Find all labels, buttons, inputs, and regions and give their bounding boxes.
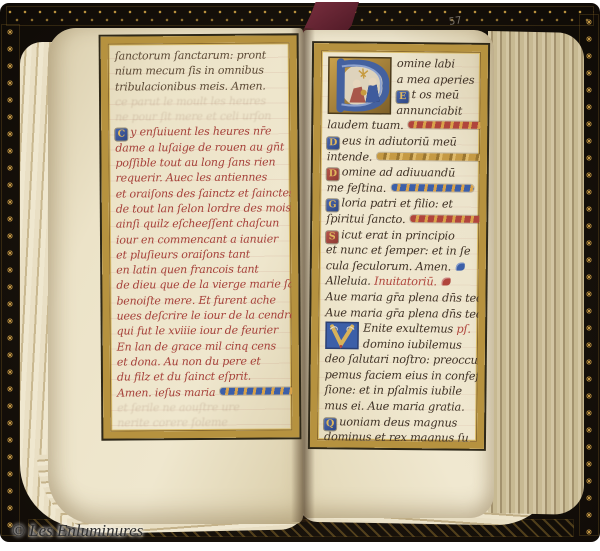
text-line: et oraiſons des ſainctz et ſainctes	[116, 185, 284, 201]
text-line: en latin quen francois tant	[116, 262, 284, 278]
left-page-text: ſanctorum ſanctarum: prontnium mecum ſis…	[108, 42, 293, 431]
text-line: uees deſcrire le iour de la cendre	[116, 307, 284, 323]
line-filler	[409, 121, 481, 129]
line-text: poſſible tout au long ſans rien	[115, 156, 275, 170]
text-line: benoiſte mere. Et furent ache	[116, 292, 284, 308]
text-line: ce parut le moult les heures	[115, 93, 283, 109]
text-line: Aue maria gr̄a plena dn̄s tecū.	[325, 289, 471, 306]
line-text: du filz et du ſainct eſprit.	[117, 370, 251, 384]
line-text: et dona. Au non du pere et	[117, 355, 261, 369]
line-text: me feſtina.	[327, 181, 387, 195]
line-text: eus in adiutoriū meū	[342, 134, 457, 148]
line-text: de tout lan ſelon lordre des mois	[116, 201, 291, 215]
text-line: qui fut le xviiie iour de feurier	[117, 323, 285, 339]
line-text: dominus et rex magnus ſu	[324, 430, 469, 441]
versal-initial: C	[115, 129, 127, 141]
versal-initial: G	[326, 200, 338, 212]
text-line: Gloria patri et filio: et	[326, 196, 472, 213]
line-text: mus ei. Aue maria gratia.	[324, 399, 464, 413]
line-text: omine ad adiuuandū	[342, 166, 455, 180]
line-text: tribulacionibus meis. Amen.	[115, 79, 266, 93]
text-line: En lan de grace mil cinq cens	[117, 338, 285, 354]
text-line: ſanctorum ſanctarum: pront	[115, 47, 283, 63]
text-line: Quoniam deus magnus	[324, 414, 470, 431]
text-line: ſione: et in pſalmis iubile	[324, 383, 470, 400]
manuscript-photograph: ſanctorum ſanctarum: prontnium mecum ſis…	[0, 0, 600, 551]
line-text: nium mecum ſis in omnibus	[115, 64, 264, 78]
watermark-text: © Les Enluminures	[12, 521, 143, 541]
paraph-mark	[456, 262, 465, 270]
folio-number: 57	[448, 15, 462, 28]
rubric-text: pſ.	[453, 323, 471, 336]
text-line: et nunc et ſemper: et in ſe	[326, 242, 472, 259]
line-text: Alleluia.	[326, 275, 375, 289]
text-line: et ſerile ne aouſtre ure	[117, 399, 285, 415]
text-line: Domine ad adiuuandū	[327, 164, 473, 181]
text-line: iour en commencant a ianuier	[116, 231, 284, 247]
line-text: et nunc et ſemper: et in ſe	[326, 243, 471, 258]
line-text: annunciabit	[396, 104, 462, 118]
right-text-frame: omine labia mea aperiesEt os meūannuncia…	[310, 43, 488, 449]
fore-edge-right	[488, 31, 584, 515]
line-text: loria patri et filio: et	[341, 197, 452, 211]
line-text: omine labi	[397, 57, 455, 71]
text-line: laudem tuam.	[327, 118, 473, 135]
line-text: nerite corere ſoleme	[117, 416, 227, 430]
text-line: Enite exultemus pſ.	[325, 320, 471, 337]
line-filler	[410, 215, 481, 223]
line-text: y enſuiuent les heures nr̄e	[130, 125, 271, 139]
text-line: pemus faciem eius in confeſ	[325, 367, 471, 384]
text-line: dominus et rex magnus ſu	[324, 429, 470, 441]
line-text: ſanctorum ſanctarum: pront	[115, 49, 266, 63]
gold-tooling-left	[1, 24, 20, 536]
line-text: et oraiſons des ſainctz et ſainctes	[116, 186, 293, 200]
text-line: nerite corere ſoleme	[117, 415, 285, 431]
text-line: et dona. Au non du pere et	[117, 353, 285, 369]
text-line: Sicut erat in principio	[326, 227, 472, 244]
text-line: cula ſeculorum. Amen.	[326, 258, 472, 275]
gold-tooling-top	[6, 6, 594, 26]
text-line: de dieu que de la vierge marie ſa	[116, 277, 284, 293]
line-text: deo ſalutari noſtro: preoccu	[325, 353, 478, 368]
line-text: En lan de grace mil cinq cens	[117, 339, 276, 353]
line-text: uoniam deus magnus	[339, 415, 457, 429]
text-line: nium mecum ſis in omnibus	[115, 63, 283, 79]
text-line: deo ſalutari noſtro: preoccu	[325, 352, 471, 369]
line-text: dame a luſaige de rouen au gn̄t	[115, 140, 284, 154]
line-text: et pluſieurs oraiſons tant	[116, 248, 250, 262]
line-filler	[220, 387, 292, 395]
line-text: icut erat in principio	[341, 228, 455, 242]
text-line: omine labi	[328, 55, 474, 72]
line-text: iour en commencant a ianuier	[116, 232, 278, 246]
versal-initial: D	[327, 168, 339, 180]
line-text: ſione: et in pſalmis iubile	[324, 384, 461, 398]
line-text: Amen. ieſus maria	[117, 385, 215, 399]
illuminated-initial-d-annunciation	[327, 56, 392, 115]
text-line: ainſi quilz eſcheeſſent chaſcun	[116, 216, 284, 232]
line-text: Enite exultemus	[363, 322, 453, 336]
paraph-mark	[442, 278, 451, 286]
line-text: et ſerile ne aouſtre ure	[117, 401, 240, 415]
line-text: domino iubilemus	[363, 337, 462, 351]
left-text-frame: ſanctorum ſanctarum: prontnium mecum ſis…	[101, 35, 300, 438]
line-text: de dieu que de la vierge marie ſa	[116, 278, 292, 292]
text-line: Cy enſuiuent les heures nr̄e	[115, 124, 283, 140]
line-text: en latin quen francois tant	[116, 263, 258, 277]
versal-initial: E	[396, 91, 408, 103]
text-line: Alleluia. Inuitatoriū.	[326, 274, 472, 291]
text-line: intende.	[327, 149, 473, 166]
line-filler	[377, 152, 481, 160]
line-text: ſpiritui ſancto.	[326, 212, 405, 226]
text-line: dame a luſaige de rouen au gn̄t	[115, 139, 283, 155]
line-text: ainſi quilz eſcheeſſent chaſcun	[116, 217, 279, 231]
text-line: Aue maria gr̄a plena dn̄s tecū.	[325, 305, 471, 322]
line-text: laudem tuam.	[327, 119, 403, 133]
line-text: uees deſcrire le iour de la cendre	[117, 308, 293, 322]
text-line: me feſtina.	[327, 180, 473, 197]
line-text: Aue maria gr̄a plena dn̄s tecū.	[325, 306, 481, 321]
line-text: cula ſeculorum. Amen.	[326, 259, 451, 273]
text-line: Deus in adiutoriū meū	[327, 133, 473, 150]
line-filler	[391, 184, 473, 192]
text-line: ne pour ſit mere et celi urſon	[115, 109, 283, 125]
versal-initial: Q	[324, 418, 336, 430]
line-text: intende.	[327, 150, 372, 163]
line-text: ce parut le moult les heures	[115, 94, 266, 108]
line-text: requerir. Auec les antiennes	[116, 171, 267, 185]
line-text: t os meū	[412, 88, 460, 101]
line-text: a mea aperies	[397, 73, 475, 87]
versal-initial: S	[326, 231, 338, 243]
right-page-text: omine labia mea aperiesEt os meūannuncia…	[317, 50, 481, 442]
text-line: Amen. ieſus maria	[117, 384, 285, 400]
line-text: qui fut le xviiie iour de feurier	[117, 324, 278, 338]
line-text: Aue maria gr̄a plena dn̄s tecū.	[325, 290, 481, 305]
text-line: du filz et du ſainct eſprit.	[117, 369, 285, 385]
text-line: ſpiritui ſancto.	[326, 211, 472, 228]
text-line: poſſible tout au long ſans rien	[115, 154, 283, 170]
text-line: tribulacionibus meis. Amen.	[115, 78, 283, 94]
rubric-text: Inuitatoriū.	[374, 275, 437, 289]
text-line: et pluſieurs oraiſons tant	[116, 246, 284, 262]
line-text: benoiſte mere. Et furent ache	[116, 293, 275, 307]
text-line: requerir. Auec les antiennes	[116, 170, 284, 186]
versal-initial: D	[327, 137, 339, 149]
text-line: mus ei. Aue maria gratia.	[324, 398, 470, 415]
line-text: pemus faciem eius in confeſ	[325, 368, 480, 383]
line-text: ne pour ſit mere et celi urſon	[115, 110, 271, 124]
illuminated-initial-v	[325, 321, 359, 349]
text-line: de tout lan ſelon lordre des mois	[116, 200, 284, 216]
